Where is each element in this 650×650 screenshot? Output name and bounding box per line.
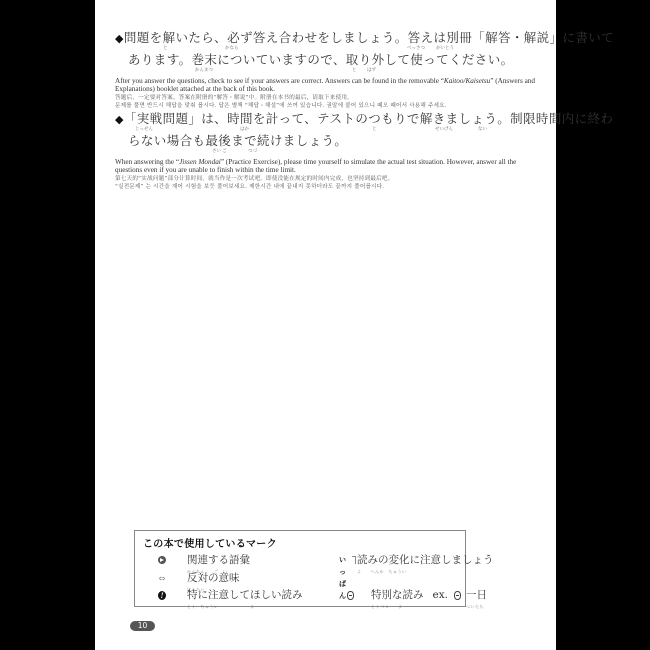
instruction-jp-line-1: ◆「実戦問題」は、時間を計って、テストのつもりで解きましょう。制限時間内に終わ: [115, 112, 540, 126]
mark-opposite: ⇔ 反対の意味 はんたい: [155, 572, 240, 584]
opposite-icon: ⇔: [155, 572, 169, 584]
attention-reading-icon: !: [158, 591, 166, 600]
mark-related-vocab: 関連する語彙 かんれん ご い: [155, 554, 250, 566]
instruction-jp-line-1: ◆問題を解いたら、必ず答え合わせをしましょう。答えは別冊「解答・解説」に書いて: [115, 31, 540, 45]
korean-translation: “실전문제” 는 시간을 재어 시험을 보듯 풀어보세요. 제한시간 내에 끝내…: [115, 183, 540, 191]
instruction-answers: ◆問題を解いたら、必ず答え合わせをしましょう。答えは別冊「解答・解説」に書いて …: [115, 31, 540, 111]
mark-special-reading: 特別な読み とくべつ よ ex. 一日 ついたち: [343, 589, 487, 601]
english-translation: After you answer the questions, check to…: [115, 77, 540, 94]
furigana-row: かんまつ と はず: [115, 67, 540, 75]
instruction-practice: ◆「実戦問題」は、時間を計って、テストのつもりで解きましょう。制限時間内に終わ …: [115, 112, 540, 192]
chinese-translation: 第七天的“实战问题”部分计算时间，就当作是一次考试吧。即使没能在规定的时间内完成…: [115, 175, 540, 183]
reading-change-bracket-icon: [352, 556, 356, 564]
mark-attention-reading: ! 特に注意してほしい読み とく ちゅうい よ: [155, 589, 303, 601]
korean-translation: 문제를 풀면 반드시 해답을 맞춰 봅시다. 답은 별책 “해답・해설”에 쓰여…: [115, 102, 540, 110]
example-prefix: ex.: [433, 589, 448, 601]
page-number-badge: 10: [130, 621, 155, 631]
marks-legend-box: この本で使用しているマーク 関連する語彙 かんれん ご い ⇔ 反対の意味 はん…: [134, 530, 466, 607]
related-vocab-icon: [158, 556, 166, 564]
special-reading-icon: [454, 591, 461, 600]
document-page: ◆問題を解いたら、必ず答え合わせをしましょう。答えは別冊「解答・解説」に書いて …: [95, 0, 556, 650]
instruction-jp-line-2: らない場合も最後まで続けましょう。: [115, 134, 540, 148]
marks-legend-title: この本で使用しているマーク: [143, 535, 277, 550]
special-reading-icon: [347, 591, 354, 600]
chinese-translation: 答题后，一定要对答案。答案在附册的“解答・解说”中。附册在本书的最后，请取下来使…: [115, 94, 540, 102]
diamond-bullet-icon: ◆: [115, 113, 124, 126]
instruction-jp-line-2: あります。巻末についていますので、取り外して使ってください。: [115, 53, 540, 67]
furigana-row: さい ご つづ: [115, 148, 540, 156]
english-translation: When answering the “Jissen Mondai” (Prac…: [115, 158, 540, 175]
diamond-bullet-icon: ◆: [115, 32, 124, 45]
